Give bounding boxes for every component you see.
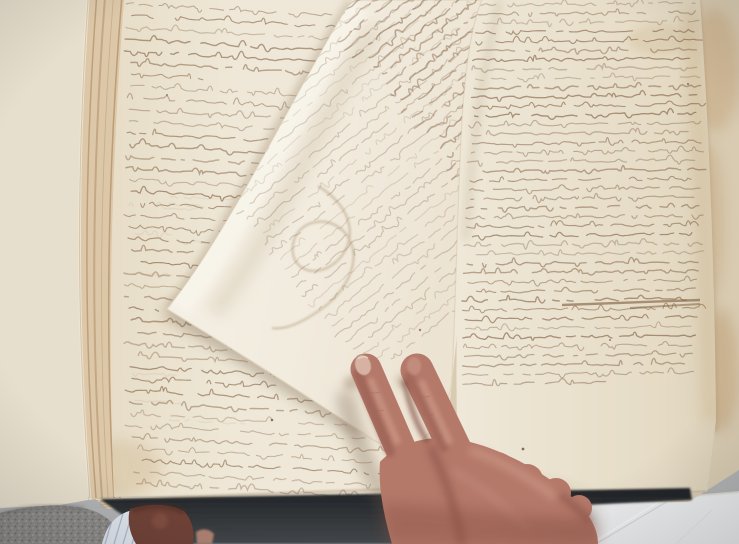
- manuscript-photo: [0, 0, 739, 544]
- photo-canvas: [0, 0, 739, 544]
- vignette: [0, 0, 739, 544]
